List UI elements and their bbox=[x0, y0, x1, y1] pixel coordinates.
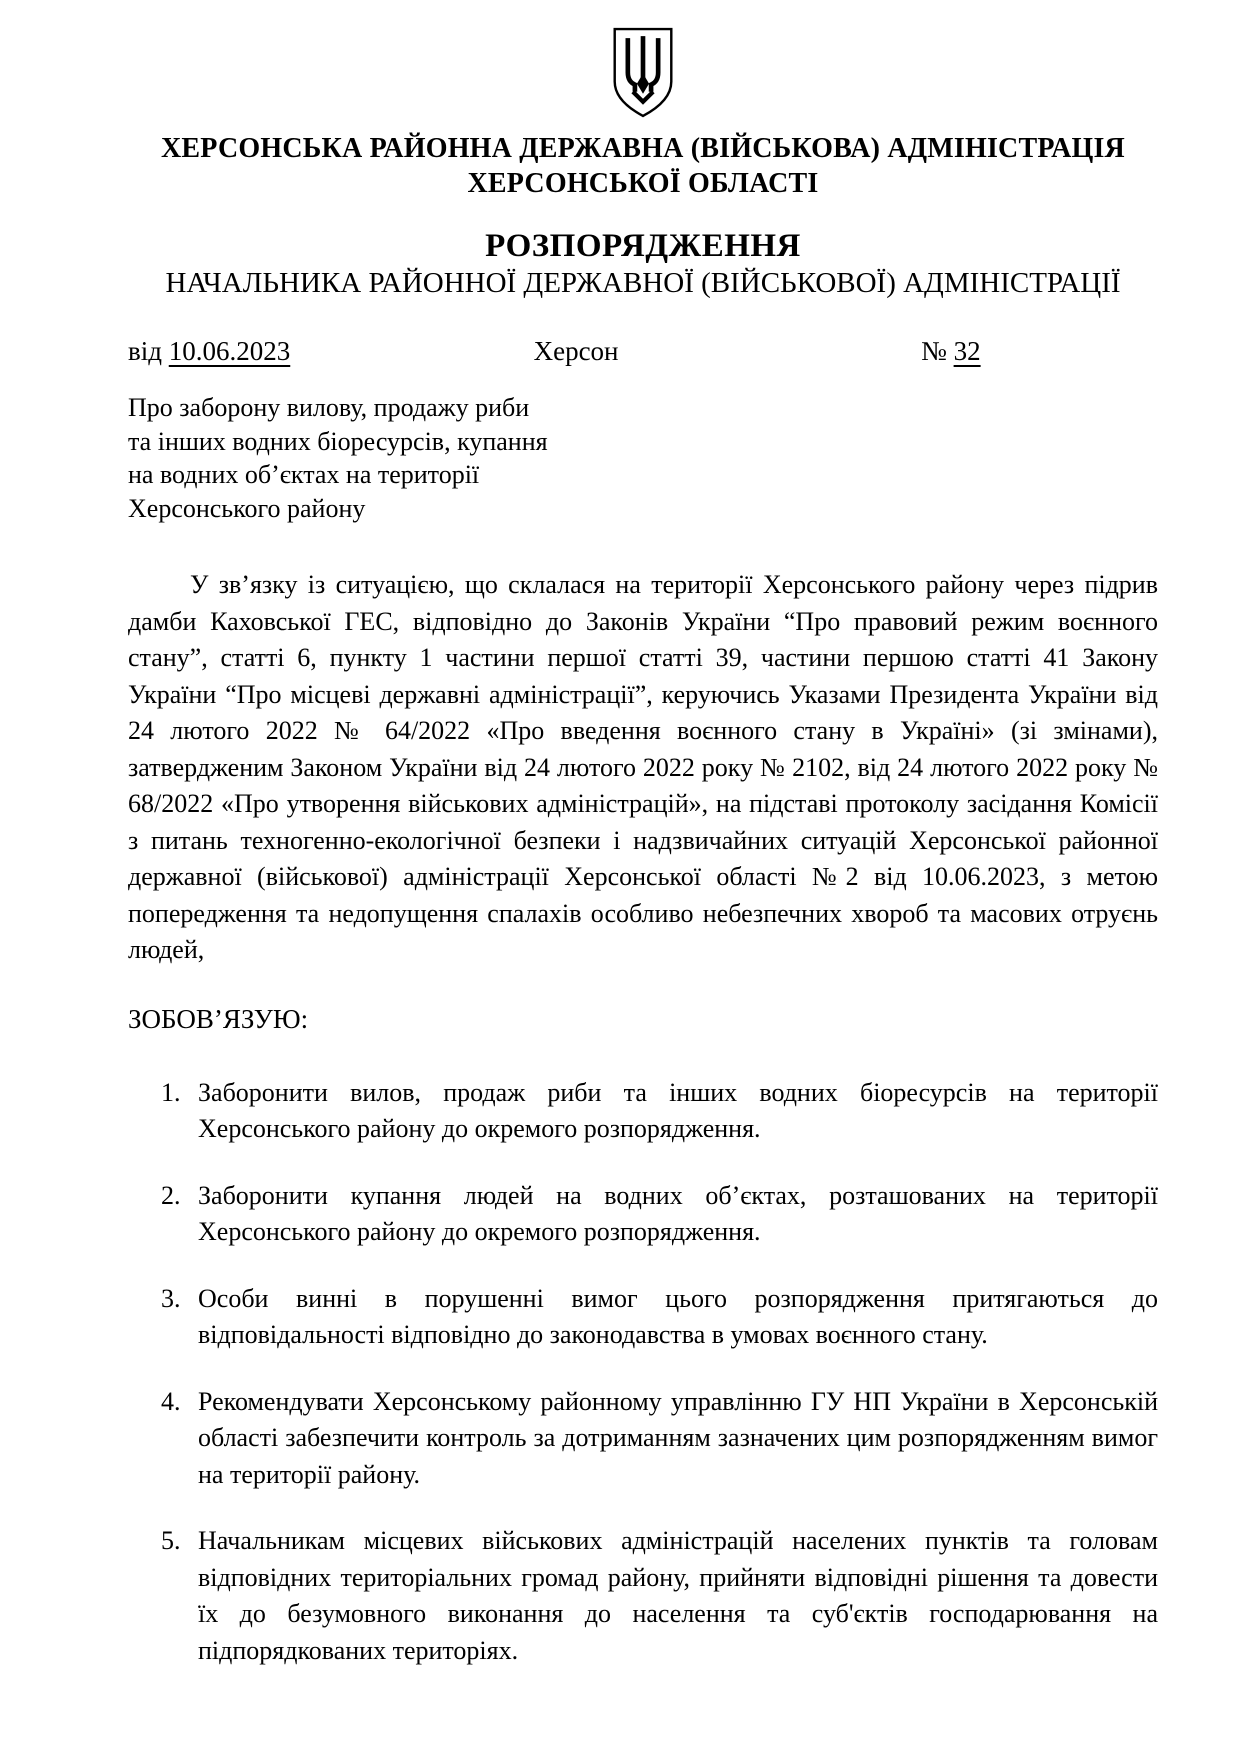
order-item-number: 4. bbox=[161, 1384, 181, 1421]
subject-line: та інших водних біоресурсів, купання bbox=[128, 425, 688, 459]
doc-subtitle: НАЧАЛЬНИКА РАЙОННОЇ ДЕРЖАВНОЇ (ВІЙСЬКОВО… bbox=[128, 265, 1158, 301]
order-item-number: 2. bbox=[161, 1178, 181, 1215]
doc-date: від 10.06.2023 bbox=[128, 336, 290, 366]
ukraine-trident-icon bbox=[607, 25, 679, 121]
order-item-text: Рекомендувати Херсонському районному упр… bbox=[198, 1387, 1158, 1489]
requisites-row: від 10.06.2023 Херсон № 32 bbox=[128, 333, 1158, 369]
order-list: 1. Заборонити вилов, продаж риби та інши… bbox=[128, 1075, 1158, 1670]
order-item-4: 4. Рекомендувати Херсонському районному … bbox=[128, 1384, 1158, 1494]
doc-type-title: РОЗПОРЯДЖЕННЯ bbox=[128, 227, 1158, 265]
date-prefix: від bbox=[128, 336, 162, 366]
order-item-2: 2. Заборонити купання людей на водних об… bbox=[128, 1178, 1158, 1251]
subject-block: Про заборону вилову, продажу риби та інш… bbox=[128, 391, 688, 525]
order-item-text: Начальникам місцевих військових адмініст… bbox=[198, 1526, 1158, 1665]
doc-number: № 32 bbox=[921, 333, 981, 369]
order-item-1: 1. Заборонити вилов, продаж риби та інши… bbox=[128, 1075, 1158, 1148]
order-item-3: 3. Особи винні в порушенні вимог цього р… bbox=[128, 1281, 1158, 1354]
date-value: 10.06.2023 bbox=[169, 336, 291, 366]
org-name-line1: ХЕРСОНСЬКА РАЙОННА ДЕРЖАВНА (ВІЙСЬКОВА) … bbox=[128, 131, 1158, 166]
order-item-number: 5. bbox=[161, 1523, 181, 1560]
order-item-text: Заборонити вилов, продаж риби та інших в… bbox=[198, 1078, 1158, 1144]
subject-line: Херсонського району bbox=[128, 492, 688, 526]
subject-line: Про заборону вилову, продажу риби bbox=[128, 391, 688, 425]
preamble-paragraph: У зв’язку із ситуацією, що склалася на т… bbox=[128, 567, 1158, 969]
org-name: ХЕРСОНСЬКА РАЙОННА ДЕРЖАВНА (ВІЙСЬКОВА) … bbox=[128, 131, 1158, 201]
order-item-text: Заборонити купання людей на водних об’єк… bbox=[198, 1181, 1158, 1247]
order-item-5: 5. Начальникам місцевих військових адмін… bbox=[128, 1523, 1158, 1669]
order-heading: ЗОБОВ’ЯЗУЮ: bbox=[128, 1001, 1158, 1037]
emblem-container bbox=[128, 25, 1158, 125]
number-value: 32 bbox=[954, 336, 981, 366]
order-item-text: Особи винні в порушенні вимог цього розп… bbox=[198, 1284, 1158, 1350]
order-item-number: 1. bbox=[161, 1075, 181, 1112]
number-prefix: № bbox=[921, 336, 947, 366]
subject-line: на водних об’єктах на території bbox=[128, 458, 688, 492]
org-name-line2: ХЕРСОНСЬКОЇ ОБЛАСТІ bbox=[128, 166, 1158, 201]
doc-place: Херсон bbox=[534, 333, 619, 369]
order-item-number: 3. bbox=[161, 1281, 181, 1318]
document-page: ХЕРСОНСЬКА РАЙОННА ДЕРЖАВНА (ВІЙСЬКОВА) … bbox=[0, 0, 1241, 1755]
